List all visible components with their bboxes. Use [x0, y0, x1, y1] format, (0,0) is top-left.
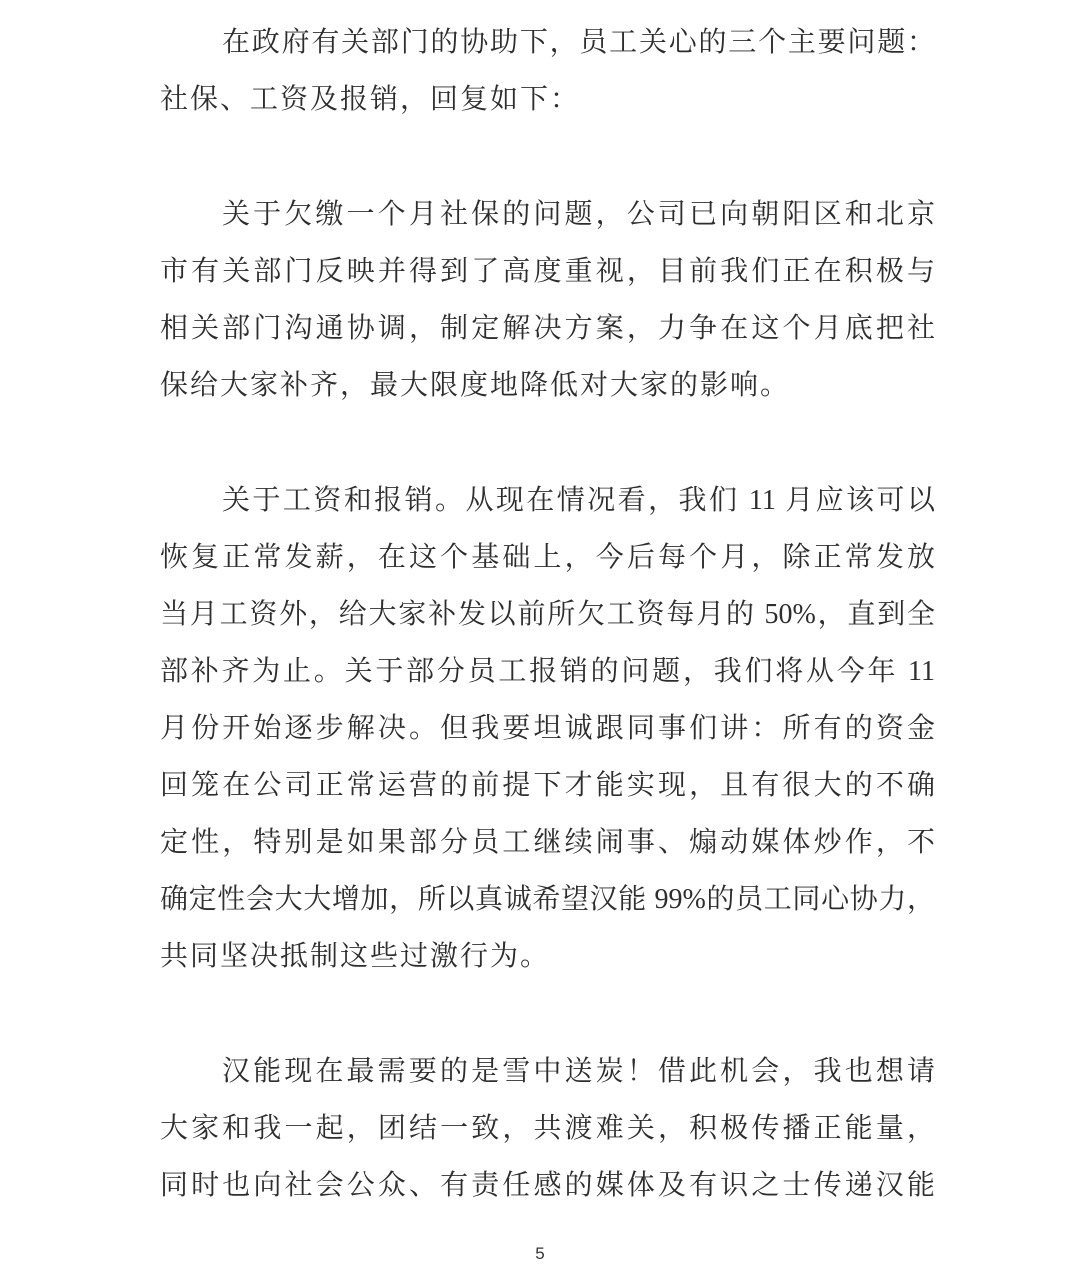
text-line: 汉能现在最需要的是雪中送炭！借此机会，我也想请 [160, 1043, 935, 1100]
page-number: 5 [535, 1244, 544, 1263]
text-line: 当月工资外，给大家补发以前所欠工资每月的 50%，直到全 [160, 586, 935, 643]
text-line: 月份开始逐步解决。但我要坦诚跟同事们讲：所有的资金 [160, 700, 935, 757]
text-line: 确定性会大大增加，所以真诚希望汉能 99%的员工同心协力， [160, 871, 935, 928]
text-line: 恢复正常发薪，在这个基础上，今后每个月，除正常发放 [160, 529, 935, 586]
text-line: 关于工资和报销。从现在情况看，我们 11 月应该可以 [160, 472, 935, 529]
text-line: 社保、工资及报销，回复如下： [160, 71, 935, 128]
paragraph-social-security: 关于欠缴一个月社保的问题，公司已向朝阳区和北京 市有关部门反映并得到了高度重视，… [160, 186, 935, 414]
page-footer: 5 [0, 1244, 1080, 1264]
text-line: 保给大家补齐，最大限度地降低对大家的影响。 [160, 357, 935, 414]
text-line: 大家和我一起，团结一致，共渡难关，积极传播正能量， [160, 1100, 935, 1157]
text-line: 相关部门沟通协调，制定解决方案，力争在这个月底把社 [160, 300, 935, 357]
paragraph-salary-reimbursement: 关于工资和报销。从现在情况看，我们 11 月应该可以 恢复正常发薪，在这个基础上… [160, 472, 935, 985]
text-line: 在政府有关部门的协助下，员工关心的三个主要问题： [160, 14, 935, 71]
text-line: 部补齐为止。关于部分员工报销的问题，我们将从今年 11 [160, 643, 935, 700]
text-line: 关于欠缴一个月社保的问题，公司已向朝阳区和北京 [160, 186, 935, 243]
text-line: 同时也向社会公众、有责任感的媒体及有识之士传递汉能 [160, 1157, 935, 1214]
text-line: 市有关部门反映并得到了高度重视，目前我们正在积极与 [160, 243, 935, 300]
paragraph-intro: 在政府有关部门的协助下，员工关心的三个主要问题： 社保、工资及报销，回复如下： [160, 14, 935, 128]
text-line: 回笼在公司正常运营的前提下才能实现，且有很大的不确 [160, 757, 935, 814]
text-line: 共同坚决抵制这些过激行为。 [160, 928, 935, 985]
paragraph-appeal: 汉能现在最需要的是雪中送炭！借此机会，我也想请 大家和我一起，团结一致，共渡难关… [160, 1043, 935, 1214]
text-line: 定性，特别是如果部分员工继续闹事、煽动媒体炒作，不 [160, 814, 935, 871]
document-body: 在政府有关部门的协助下，员工关心的三个主要问题： 社保、工资及报销，回复如下： … [160, 14, 935, 1214]
